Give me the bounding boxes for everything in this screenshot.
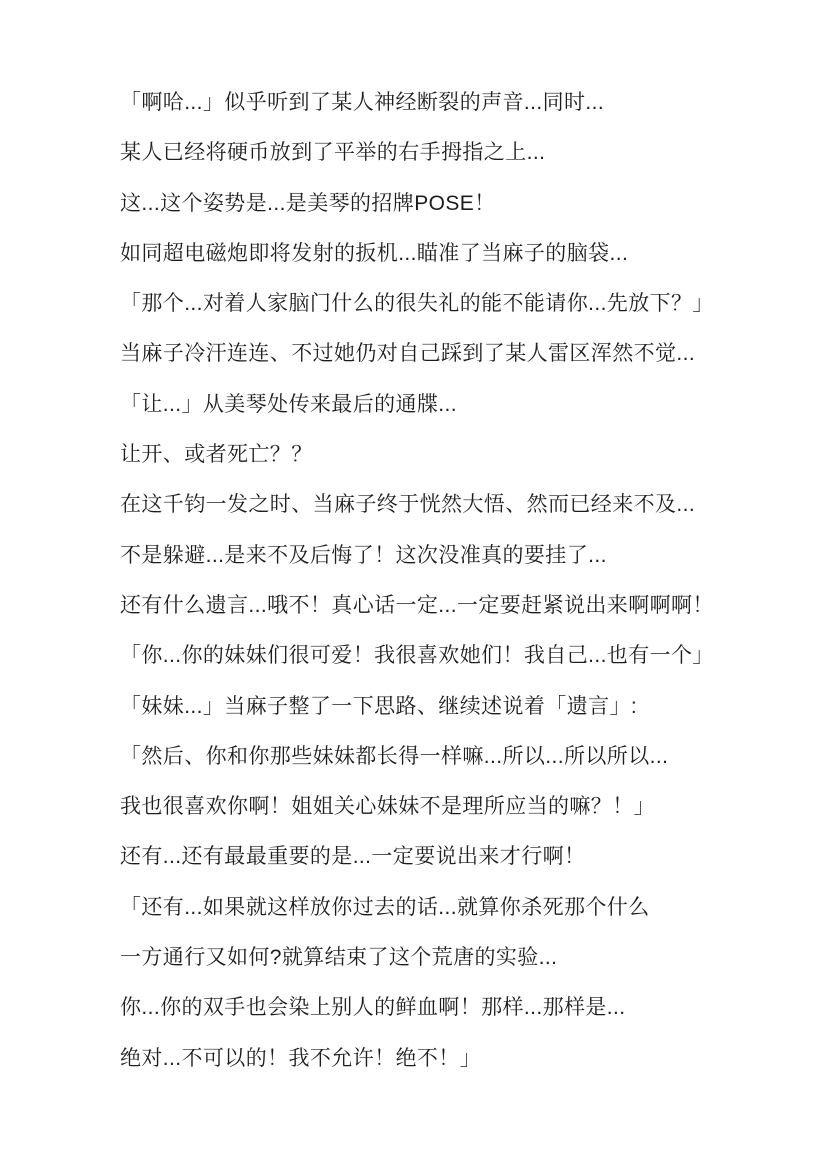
text-line: 「让...」从美琴处传来最后的通牒... [120, 380, 760, 430]
text-line: 「然后、你和你那些妹妹都长得一样嘛...所以...所以所以... [120, 732, 760, 782]
text-line: 一方通行又如何?就算结束了这个荒唐的实验... [120, 933, 760, 983]
text-line: 我也很喜欢你啊！姐姐关心妹妹不是理所应当的嘛？！」 [120, 782, 760, 832]
text-line: 在这千钧一发之时、当麻子终于恍然大悟、然而已经来不及... [120, 480, 760, 530]
text-line: 绝对...不可以的！我不允许！绝不！」 [120, 1034, 760, 1084]
text-line: 「你...你的妹妹们很可爱！我很喜欢她们！我自己...也有一个」 [120, 631, 760, 681]
text-line: 你...你的双手也会染上别人的鲜血啊！那样...那样是... [120, 983, 760, 1033]
text-line: 当麻子冷汗连连、不过她仍对自己踩到了某人雷区浑然不觉... [120, 329, 760, 379]
text-line: 还有什么遗言...哦不！真心话一定...一定要赶紧说出来啊啊啊！ [120, 581, 760, 631]
text-line: 「那个...对着人家脑门什么的很失礼的能不能请你...先放下？」 [120, 279, 760, 329]
novel-text-page: 「啊哈...」似乎听到了某人神经断裂的声音...同时... 某人已经将硬币放到了… [0, 0, 820, 1161]
text-line: 某人已经将硬币放到了平举的右手拇指之上... [120, 128, 760, 178]
text-line: 这...这个姿势是...是美琴的招牌POSE！ [120, 179, 760, 229]
text-line: 「啊哈...」似乎听到了某人神经断裂的声音...同时... [120, 78, 760, 128]
text-line: 不是躲避...是来不及后悔了！这次没准真的要挂了... [120, 531, 760, 581]
text-line: 让开、或者死亡？？ [120, 430, 760, 480]
text-line: 「妹妹...」当麻子整了一下思路、继续述说着「遗言」: [120, 682, 760, 732]
text-line: 还有...还有最最重要的是...一定要说出来才行啊！ [120, 832, 760, 882]
text-line: 「还有...如果就这样放你过去的话...就算你杀死那个什么 [120, 883, 760, 933]
text-line: 如同超电磁炮即将发射的扳机...瞄准了当麻子的脑袋... [120, 229, 760, 279]
